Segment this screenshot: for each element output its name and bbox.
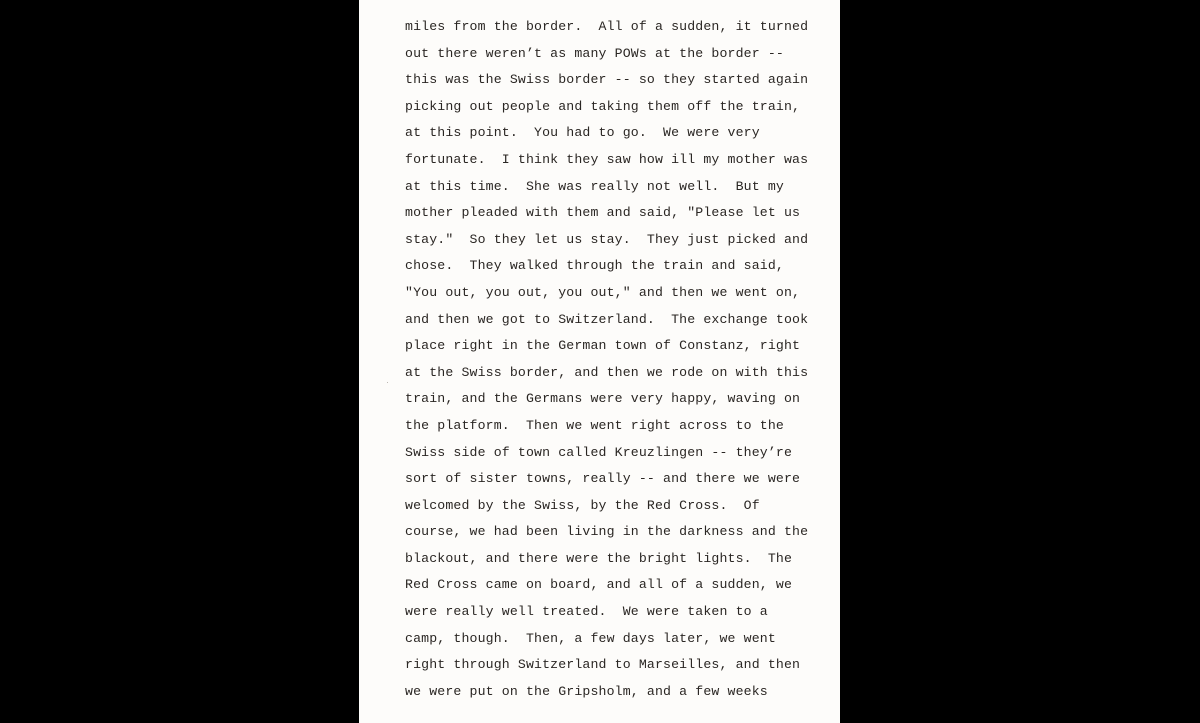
text-line: at the Swiss border, and then we rode on… xyxy=(405,360,808,387)
text-line: out there weren’t as many POWs at the bo… xyxy=(405,41,808,68)
text-line: the platform. Then we went right across … xyxy=(405,413,808,440)
text-line: this was the Swiss border -- so they sta… xyxy=(405,67,808,94)
text-line: welcomed by the Swiss, by the Red Cross.… xyxy=(405,493,808,520)
text-line: Swiss side of town called Kreuzlingen --… xyxy=(405,440,808,467)
text-line: right through Switzerland to Marseilles,… xyxy=(405,652,808,679)
text-line: were really well treated. We were taken … xyxy=(405,599,808,626)
text-line: camp, though. Then, a few days later, we… xyxy=(405,626,808,653)
text-line: "You out, you out, you out," and then we… xyxy=(405,280,808,307)
text-line: at this time. She was really not well. B… xyxy=(405,174,808,201)
text-line: at this point. You had to go. We were ve… xyxy=(405,120,808,147)
text-line: we were put on the Gripsholm, and a few … xyxy=(405,679,808,706)
text-line: picking out people and taking them off t… xyxy=(405,94,808,121)
text-line: sort of sister towns, really -- and ther… xyxy=(405,466,808,493)
typewritten-text: miles from the border. All of a sudden, … xyxy=(405,14,808,705)
text-line: course, we had been living in the darkne… xyxy=(405,519,808,546)
text-line: mother pleaded with them and said, "Plea… xyxy=(405,200,808,227)
text-line: fortunate. I think they saw how ill my m… xyxy=(405,147,808,174)
text-line: and then we got to Switzerland. The exch… xyxy=(405,307,808,334)
text-line: chose. They walked through the train and… xyxy=(405,253,808,280)
text-line: stay." So they let us stay. They just pi… xyxy=(405,227,808,254)
document-page: miles from the border. All of a sudden, … xyxy=(359,0,840,723)
text-line: train, and the Germans were very happy, … xyxy=(405,386,808,413)
text-line: blackout, and there were the bright ligh… xyxy=(405,546,808,573)
text-line: Red Cross came on board, and all of a su… xyxy=(405,572,808,599)
text-line: place right in the German town of Consta… xyxy=(405,333,808,360)
viewer-stage: miles from the border. All of a sudden, … xyxy=(0,0,1200,723)
text-line: miles from the border. All of a sudden, … xyxy=(405,14,808,41)
paper-speck xyxy=(387,382,388,383)
